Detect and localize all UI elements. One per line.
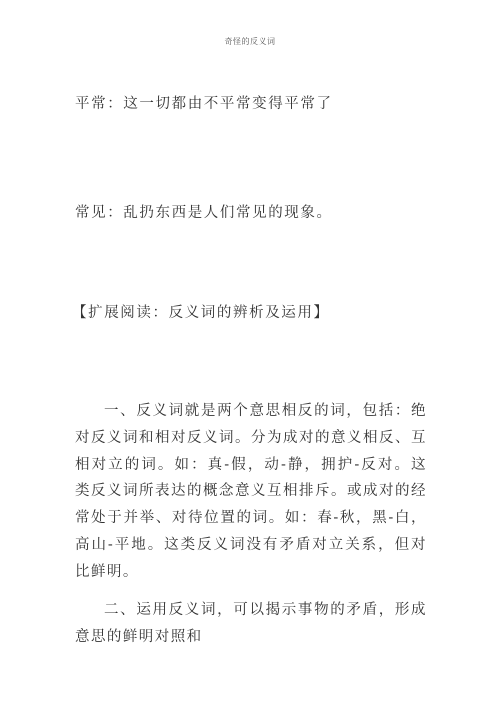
paragraph-usage: 二、运用反义词，可以揭示事物的矛盾，形成意思的鲜明对照和 bbox=[75, 597, 427, 651]
page-header-title: 奇怪的反义词 bbox=[0, 36, 500, 47]
paragraph-definition: 一、反义词就是两个意思相反的词，包括：绝对反义词和相对反义词。分为成对的意义相反… bbox=[75, 398, 427, 586]
extended-reading-heading: 【扩展阅读：反义词的辨析及运用】 bbox=[72, 301, 330, 322]
line-changjian: 常见：乱扔东西是人们常见的现象。 bbox=[75, 201, 333, 222]
line-pingchang: 平常：这一切都由不平常变得平常了 bbox=[75, 92, 333, 113]
